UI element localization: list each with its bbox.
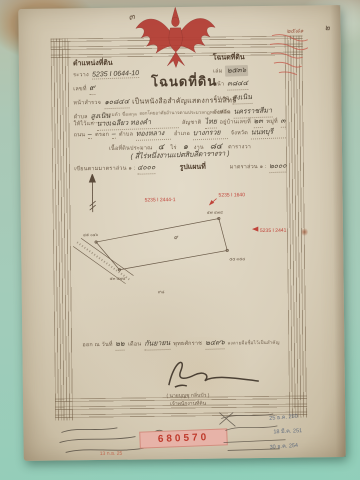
deed-subtitle: เป็นหนังสือสำคัญแสดงกรรมสิทธิ์ — [79, 95, 289, 109]
cadastral-map: ๙ ๕๗ ๔๗๔ ๔๕ ๐๔๖ ๕๕ ๓๕๔ ๕๓ ๔๗๔ ๙๘ 5235 I … — [60, 172, 302, 317]
given-label: ให้ไว้แก่ — [74, 120, 94, 128]
parcel-outline — [95, 217, 229, 271]
issue-day: ๒๒ — [116, 339, 126, 351]
serial-number-stamp: 680570 — [139, 428, 228, 448]
issue-month-label: เดือน — [128, 341, 141, 349]
addr-province-value: นนทบุรี — [251, 126, 286, 139]
trok-label: ตรอก — [95, 131, 109, 139]
road-value: – — [88, 131, 92, 139]
corner-mark: ๕๕ ๓๕๔ — [229, 256, 245, 261]
north-arrow-icon — [89, 174, 95, 212]
date-stamp-left: 13 ก.ย. 25 — [100, 450, 123, 458]
addr-amphoe-label: อำเภอ — [174, 130, 190, 138]
corner-mark: ๕๓ ๔๗๔ — [110, 276, 126, 281]
sheet-code-1: 5235 I 2444-1 — [145, 197, 176, 203]
deed-ref-heading: โฉนดที่ดิน — [213, 51, 313, 63]
ink-mark-top-right-2: ๒ — [324, 21, 330, 34]
issue-suffix: ลงลายมือชื่อไว้เป็นสำคัญ — [227, 339, 279, 347]
map-note: ๙๘ — [158, 289, 165, 294]
date-stamp-2: 18 มี.ค. 251 — [273, 427, 302, 436]
officer-title: เจ้าพนักงานที่ดิน — [123, 399, 253, 409]
issue-era-label: พุทธศักราช — [173, 340, 202, 348]
addr-tambon-label: ตำบล — [119, 131, 133, 139]
sheet-code-2-arrow — [210, 199, 217, 205]
issue-row: ออก ณ วันที่ ๒๒ เดือน กันยายน พุทธศักราช… — [82, 337, 286, 351]
addr-tambon-value: ทองหลาง — [136, 128, 171, 141]
sheet-code-3: 5235 I 2441 — [260, 228, 287, 234]
corner-mark: ๔๕ ๐๔๖ — [83, 232, 99, 237]
road-label: ถนน — [74, 131, 86, 139]
addr-amphoe-value: บางกรวย — [193, 127, 228, 140]
map-parcel-number: ๙ — [174, 235, 179, 241]
issue-year: ๒๔๙๖ — [205, 337, 225, 350]
house-label: อยู่บ้านเลขที่ — [220, 118, 251, 126]
map-heading: รูปแผนที่ — [180, 162, 206, 173]
issue-prefix: ออก ณ วันที่ — [82, 341, 112, 349]
photo-background: ๓ ๒๕๘๑ ๒ — [0, 0, 360, 480]
corner-mark: ๕๗ ๔๗๔ — [207, 209, 223, 214]
deed-paper: ๓ ๒๕๘๑ ๒ — [18, 5, 345, 461]
deed-title: โฉนดที่ดิน — [79, 70, 289, 94]
addr-province-label: จังหวัด — [231, 129, 248, 137]
scale-left-label: เขียนตามมาตราส่วน ๑ : — [74, 165, 135, 174]
trok-value: – — [112, 131, 116, 139]
officer-signature — [140, 350, 271, 394]
nationality-label: สัญชาติ — [182, 119, 202, 127]
position-heading: ตำแหน่งที่ดิน — [73, 57, 213, 70]
sheet-code-2: 5235 I 1640 — [219, 192, 246, 198]
issue-month: กันยายน — [144, 338, 170, 351]
scale-right-label: มาตราส่วน ๑ : — [230, 163, 267, 171]
serial-number: 680570 — [158, 432, 210, 445]
sheet-code-3-arrow — [253, 227, 258, 231]
moo-label: หมู่ที่ — [266, 118, 278, 126]
